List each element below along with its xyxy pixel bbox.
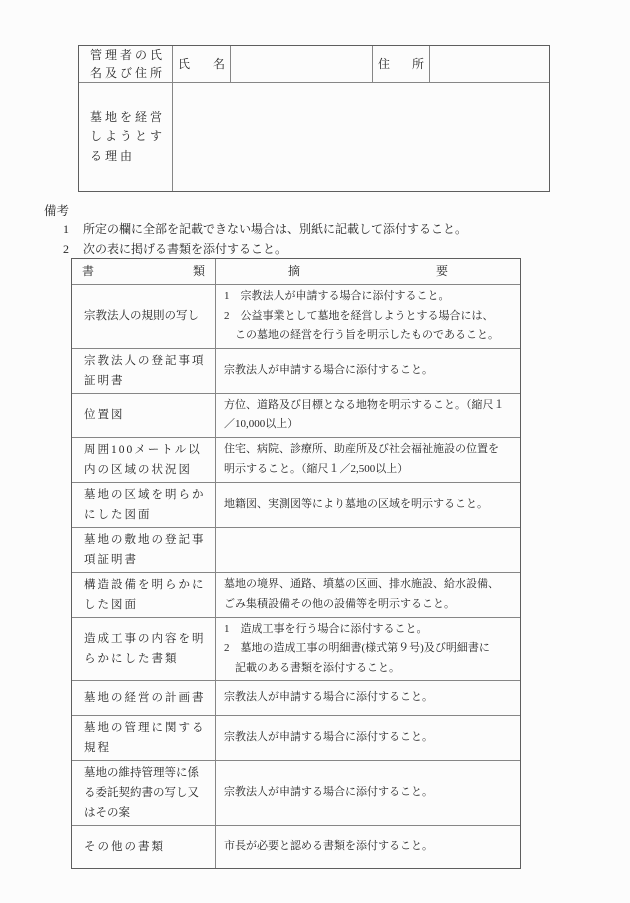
manager-table: 管理者の氏 名及び住所 氏 名 住 所 墓地を経営 しようとす る理由 <box>78 45 550 192</box>
doc-summary-cell: 宗教法人が申請する場合に添付すること。 <box>216 761 520 825</box>
doc-summary-cell <box>216 528 520 572</box>
doc-name: 墓地の経営の計画書 <box>84 688 206 708</box>
doc-row-area-drawing: 墓地の区域を明らか にした図面 地籍図、実測図等により墓地の区域を明示すること。 <box>72 482 520 527</box>
doc-row-management-plan: 墓地の経営の計画書 宗教法人が申請する場合に添付すること。 <box>72 680 520 715</box>
doc-name: 造成工事の内容を明 らかにした書類 <box>84 629 206 669</box>
doc-summary: 宗教法人が申請する場合に添付すること。 <box>224 361 433 381</box>
address-label-cell: 住 所 <box>373 46 430 82</box>
doc-row-rules-copy: 宗教法人の規則の写し 1 宗教法人が申請する場合に添付すること。 2 公益事業と… <box>72 284 520 348</box>
doc-name: 墓地の管理に関する 規程 <box>84 718 206 758</box>
doc-summary: 宗教法人が申請する場合に添付すること。 <box>224 783 433 803</box>
doc-summary-cell: 1 宗教法人が申請する場合に添付すること。 2 公益事業として墓地を経営しようと… <box>216 285 520 348</box>
doc-name: 宗教法人の規則の写し <box>84 306 199 326</box>
doc-name: 構造設備を明らかに した図面 <box>84 575 206 615</box>
doc-name-cell: 周囲100メートル以 内の区域の状況図 <box>72 438 216 482</box>
doc-name-cell: 墓地の管理に関する 規程 <box>72 716 216 760</box>
remarks-heading: 備考 <box>44 203 69 219</box>
reason-label: 墓地を経営 しようとす る理由 <box>90 108 165 167</box>
doc-name-cell: 造成工事の内容を明 らかにした書類 <box>72 618 216 681</box>
doc-name-cell: 墓地の敷地の登記事 項証明書 <box>72 528 216 572</box>
doc-row-surroundings-map: 周囲100メートル以 内の区域の状況図 住宅、病院、診療所、助産所及び社会福祉施… <box>72 437 520 482</box>
doc-summary-cell: 地籍図、実測図等により墓地の区域を明示すること。 <box>216 483 520 527</box>
doc-name: 墓地の敷地の登記事 項証明書 <box>84 530 206 570</box>
doc-summary: 宗教法人が申請する場合に添付すること。 <box>224 728 433 748</box>
application-form-page: { "manager_table": { "manager_label": "管… <box>0 0 630 903</box>
doc-row-site-registration-cert: 墓地の敷地の登記事 項証明書 <box>72 527 520 572</box>
remark-item-2-number: 2 <box>63 239 71 259</box>
doc-name-cell: 位置図 <box>72 394 216 437</box>
doc-name-cell: その他の書類 <box>72 826 216 868</box>
doc-summary-cell: 宗教法人が申請する場合に添付すること。 <box>216 681 520 715</box>
reason-label-cell: 墓地を経営 しようとす る理由 <box>79 83 173 191</box>
documents-table-header: 書 類 摘 要 <box>72 259 520 284</box>
remark-item-1-number: 1 <box>63 219 71 239</box>
doc-row-registration-cert: 宗教法人の登記事項 証明書 宗教法人が申請する場合に添付すること。 <box>72 348 520 393</box>
name-label: 氏 名 <box>173 47 230 82</box>
doc-row-structure-drawing: 構造設備を明らかに した図面 墓地の境界、通路、墳墓の区画、排水施設、給水設備、… <box>72 572 520 617</box>
doc-row-construction-docs: 造成工事の内容を明 らかにした書類 1 造成工事を行う場合に添付すること。 2 … <box>72 617 520 681</box>
doc-name: 宗教法人の登記事項 証明書 <box>84 351 206 391</box>
name-value-cell <box>231 46 373 82</box>
doc-row-management-rules: 墓地の管理に関する 規程 宗教法人が申請する場合に添付すること。 <box>72 715 520 760</box>
remark-item-1: 1所定の欄に全部を記載できない場合は、別紙に記載して添付すること。 <box>63 219 467 239</box>
doc-name-cell: 墓地の経営の計画書 <box>72 681 216 715</box>
remark-item-1-text: 所定の欄に全部を記載できない場合は、別紙に記載して添付すること。 <box>83 222 467 236</box>
doc-row-location-map: 位置図 方位、道路及び目標となる地物を明示すること。（縮尺１ ／10,000以上… <box>72 393 520 437</box>
address-value-cell <box>430 46 549 82</box>
name-label-cell: 氏 名 <box>173 46 231 82</box>
doc-row-maintenance-contract: 墓地の維持管理等に係 る委託契約書の写し又 はその案 宗教法人が申請する場合に添… <box>72 760 520 825</box>
doc-summary-cell: 宗教法人が申請する場合に添付すること。 <box>216 716 520 760</box>
reason-value-cell <box>173 83 549 191</box>
remark-item-2-text: 次の表に掲げる書類を添付すること。 <box>83 242 287 256</box>
doc-name-cell: 構造設備を明らかに した図面 <box>72 573 216 617</box>
doc-name: その他の書類 <box>84 837 165 857</box>
doc-name-cell: 墓地の区域を明らか にした図面 <box>72 483 216 527</box>
doc-name-cell: 宗教法人の登記事項 証明書 <box>72 349 216 393</box>
doc-name: 位置図 <box>84 405 125 425</box>
remark-item-2: 2次の表に掲げる書類を添付すること。 <box>63 239 467 259</box>
doc-summary: 1 宗教法人が申請する場合に添付すること。 2 公益事業として墓地を経営しようと… <box>224 287 499 346</box>
header-summary-column: 摘 要 <box>216 259 520 284</box>
doc-summary-cell: 1 造成工事を行う場合に添付すること。 2 墓地の造成工事の明細書(様式第９号)… <box>216 618 520 681</box>
reason-row: 墓地を経営 しようとす る理由 <box>79 83 549 191</box>
doc-name: 墓地の維持管理等に係 る委託契約書の写し又 はその案 <box>84 763 199 823</box>
manager-row: 管理者の氏 名及び住所 氏 名 住 所 <box>79 46 549 83</box>
doc-summary: 墓地の境界、通路、墳墓の区画、排水施設、給水設備、 ごみ集積設備その他の設備等を… <box>224 575 499 614</box>
doc-summary-cell: 市長が必要と認める書類を添付すること。 <box>216 826 520 868</box>
doc-summary-cell: 方位、道路及び目標となる地物を明示すること。（縮尺１ ／10,000以上） <box>216 394 520 437</box>
doc-summary: 市長が必要と認める書類を添付すること。 <box>224 837 433 857</box>
doc-summary: 住宅、病院、診療所、助産所及び社会福祉施設の位置を 明示すること。（縮尺１／2,… <box>224 440 499 479</box>
doc-summary: 方位、道路及び目標となる地物を明示すること。（縮尺１ ／10,000以上） <box>224 396 505 435</box>
doc-name: 墓地の区域を明らか にした図面 <box>84 485 206 525</box>
doc-name: 周囲100メートル以 内の区域の状況図 <box>84 440 202 480</box>
doc-summary: 宗教法人が申請する場合に添付すること。 <box>224 688 433 708</box>
doc-summary: 1 造成工事を行う場合に添付すること。 2 墓地の造成工事の明細書(様式第９号)… <box>224 620 490 679</box>
attached-documents-table: 書 類 摘 要 宗教法人の規則の写し 1 宗教法人が申請する場合に添付すること。… <box>71 258 521 869</box>
doc-summary: 地籍図、実測図等により墓地の区域を明示すること。 <box>224 495 488 515</box>
doc-summary-cell: 墓地の境界、通路、墳墓の区画、排水施設、給水設備、 ごみ集積設備その他の設備等を… <box>216 573 520 617</box>
doc-name-cell: 宗教法人の規則の写し <box>72 285 216 348</box>
manager-name-address-label-cell: 管理者の氏 名及び住所 <box>79 46 173 82</box>
doc-row-other-documents: その他の書類 市長が必要と認める書類を添付すること。 <box>72 825 520 868</box>
manager-name-address-label: 管理者の氏 名及び住所 <box>90 46 165 82</box>
doc-summary-cell: 宗教法人が申請する場合に添付すること。 <box>216 349 520 393</box>
doc-summary-cell: 住宅、病院、診療所、助産所及び社会福祉施設の位置を 明示すること。（縮尺１／2,… <box>216 438 520 482</box>
doc-name-cell: 墓地の維持管理等に係 る委託契約書の写し又 はその案 <box>72 761 216 825</box>
remarks-list: 1所定の欄に全部を記載できない場合は、別紙に記載して添付すること。 2次の表に掲… <box>63 219 467 259</box>
header-documents-column: 書 類 <box>72 259 216 284</box>
address-label: 住 所 <box>373 47 429 82</box>
